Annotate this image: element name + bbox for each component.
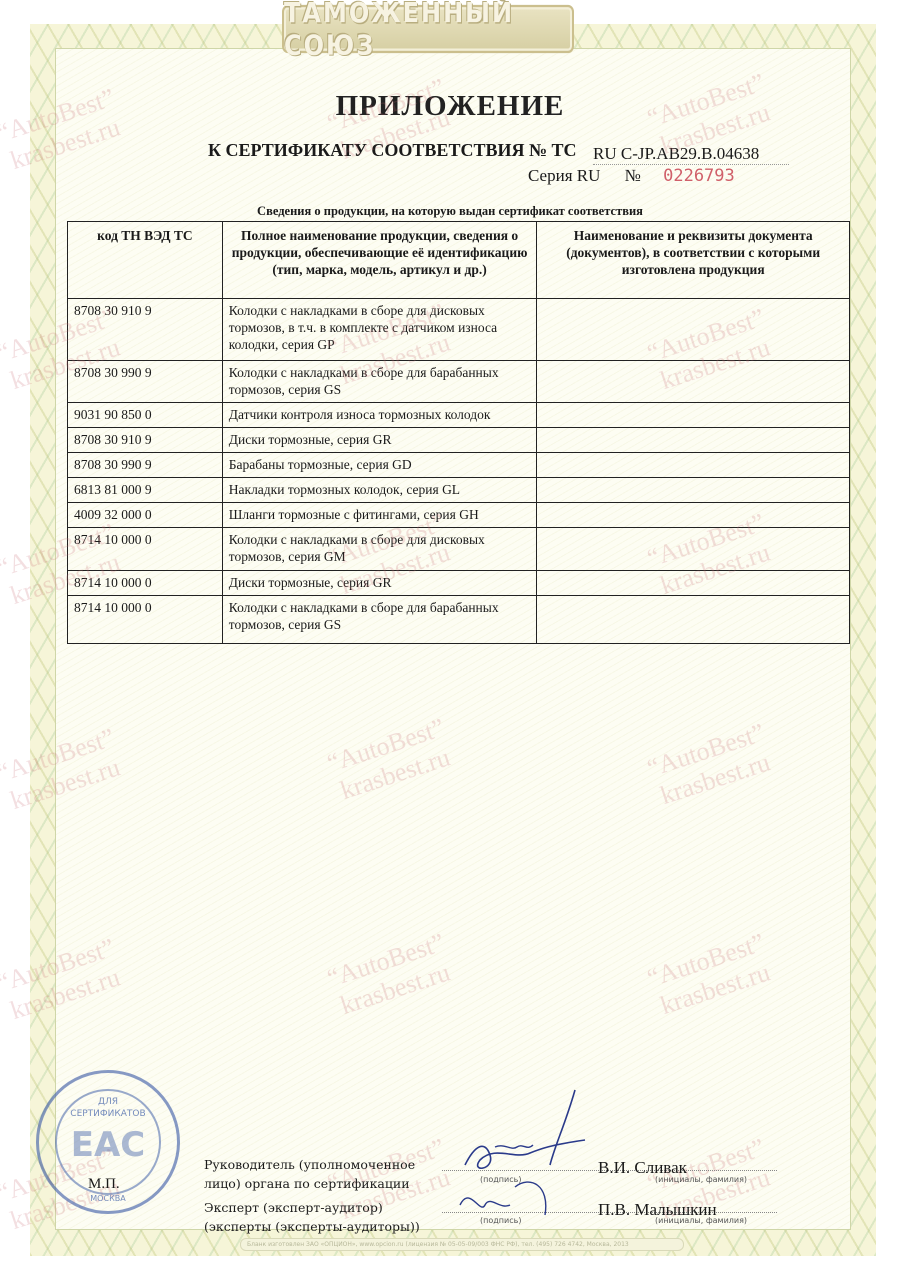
- table-caption: Сведения о продукции, на которую выдан с…: [0, 204, 900, 219]
- column-header-product-name: Полное наименование продукции, сведения …: [222, 222, 537, 299]
- cell-code: 6813 81 000 9: [68, 478, 223, 503]
- table-row: 8714 10 000 0 Колодки с накладками в сбо…: [68, 596, 850, 644]
- table-row: 8714 10 000 0 Колодки с накладками в сбо…: [68, 528, 850, 571]
- cell-code: 8714 10 000 0: [68, 528, 223, 571]
- head-signature-icon: [455, 1085, 595, 1180]
- cell-code: 4009 32 000 0: [68, 503, 223, 528]
- cell-code: 8708 30 910 9: [68, 299, 223, 361]
- head-name: В.И. Сливак: [598, 1158, 687, 1178]
- table-row: 8708 30 990 9 Барабаны тормозные, серия …: [68, 453, 850, 478]
- cell-name: Колодки с накладками в сборе для барабан…: [222, 596, 537, 644]
- seal-place-label: М.П.: [88, 1176, 120, 1193]
- printer-imprint: Бланк изготовлен ЗАО «ОПЦИОН», www.opcio…: [240, 1238, 684, 1251]
- column-header-code: код ТН ВЭД ТС: [68, 222, 223, 299]
- customs-union-badge: ТАМОЖЕННЫЙ СОЮЗ: [282, 5, 574, 53]
- cell-doc: [537, 403, 850, 428]
- eac-logo-icon: ЕАС: [39, 1125, 177, 1165]
- stamp-text-mid: СЕРТИФИКАТОВ: [39, 1109, 177, 1119]
- cell-name: Накладки тормозных колодок, серия GL: [222, 478, 537, 503]
- cell-doc: [537, 571, 850, 596]
- expert-signatory-label: Эксперт (эксперт-аудитор)(эксперты (эксп…: [204, 1198, 420, 1236]
- cell-doc: [537, 503, 850, 528]
- table-row: 8708 30 910 9 Колодки с накладками в сбо…: [68, 299, 850, 361]
- table-row: 8708 30 990 9 Колодки с накладками в сбо…: [68, 361, 850, 403]
- table-row: 6813 81 000 9 Накладки тормозных колодок…: [68, 478, 850, 503]
- series-number: 0226793: [663, 166, 735, 186]
- products-table: код ТН ВЭД ТС Полное наименование продук…: [67, 221, 850, 644]
- series-line: Серия RU № 0226793: [528, 166, 735, 186]
- page-title: ПРИЛОЖЕНИЕ: [0, 90, 900, 123]
- cell-name: Колодки с накладками в сборе для дисковы…: [222, 299, 537, 361]
- head-signatory-label: Руководитель (уполномоченноелицо) органа…: [204, 1155, 415, 1193]
- certificate-reference-label: К СЕРТИФИКАТУ СООТВЕТСТВИЯ № ТС: [208, 140, 577, 161]
- cell-doc: [537, 361, 850, 403]
- signature-caption: (подпись): [480, 1216, 521, 1225]
- cell-doc: [537, 428, 850, 453]
- cell-doc: [537, 596, 850, 644]
- table-row: 4009 32 000 0 Шланги тормозные с фитинга…: [68, 503, 850, 528]
- cell-code: 8714 10 000 0: [68, 571, 223, 596]
- cell-name: Колодки с накладками в сборе для барабан…: [222, 361, 537, 403]
- stamp-text-top: ДЛЯ: [39, 1097, 177, 1107]
- column-header-documents: Наименование и реквизиты документа (доку…: [537, 222, 850, 299]
- cell-doc: [537, 528, 850, 571]
- table-row: 8714 10 000 0 Диски тормозные, серия GR: [68, 571, 850, 596]
- certificate-number: RU C-JP.AB29.B.04638: [593, 144, 789, 165]
- cell-code: 8708 30 990 9: [68, 361, 223, 403]
- cell-name: Барабаны тормозные, серия GD: [222, 453, 537, 478]
- cell-name: Диски тормозные, серия GR: [222, 428, 537, 453]
- cell-code: 8714 10 000 0: [68, 596, 223, 644]
- expert-name: П.В. Малышкин: [598, 1200, 717, 1220]
- table-row: 9031 90 850 0 Датчики контроля износа то…: [68, 403, 850, 428]
- series-label: Серия RU: [528, 166, 600, 185]
- cell-doc: [537, 478, 850, 503]
- cell-doc: [537, 299, 850, 361]
- signature-caption: (подпись): [480, 1175, 521, 1184]
- cell-name: Диски тормозные, серия GR: [222, 571, 537, 596]
- cell-doc: [537, 453, 850, 478]
- table-row: 8708 30 910 9 Диски тормозные, серия GR: [68, 428, 850, 453]
- cell-name: Колодки с накладками в сборе для дисковы…: [222, 528, 537, 571]
- table-header-row: код ТН ВЭД ТС Полное наименование продук…: [68, 222, 850, 299]
- cell-name: Датчики контроля износа тормозных колодо…: [222, 403, 537, 428]
- cell-code: 9031 90 850 0: [68, 403, 223, 428]
- number-sign: №: [625, 166, 641, 185]
- stamp-text-bottom: МОСКВА: [39, 1194, 177, 1203]
- cell-name: Шланги тормозные с фитингами, серия GH: [222, 503, 537, 528]
- cell-code: 8708 30 910 9: [68, 428, 223, 453]
- cell-code: 8708 30 990 9: [68, 453, 223, 478]
